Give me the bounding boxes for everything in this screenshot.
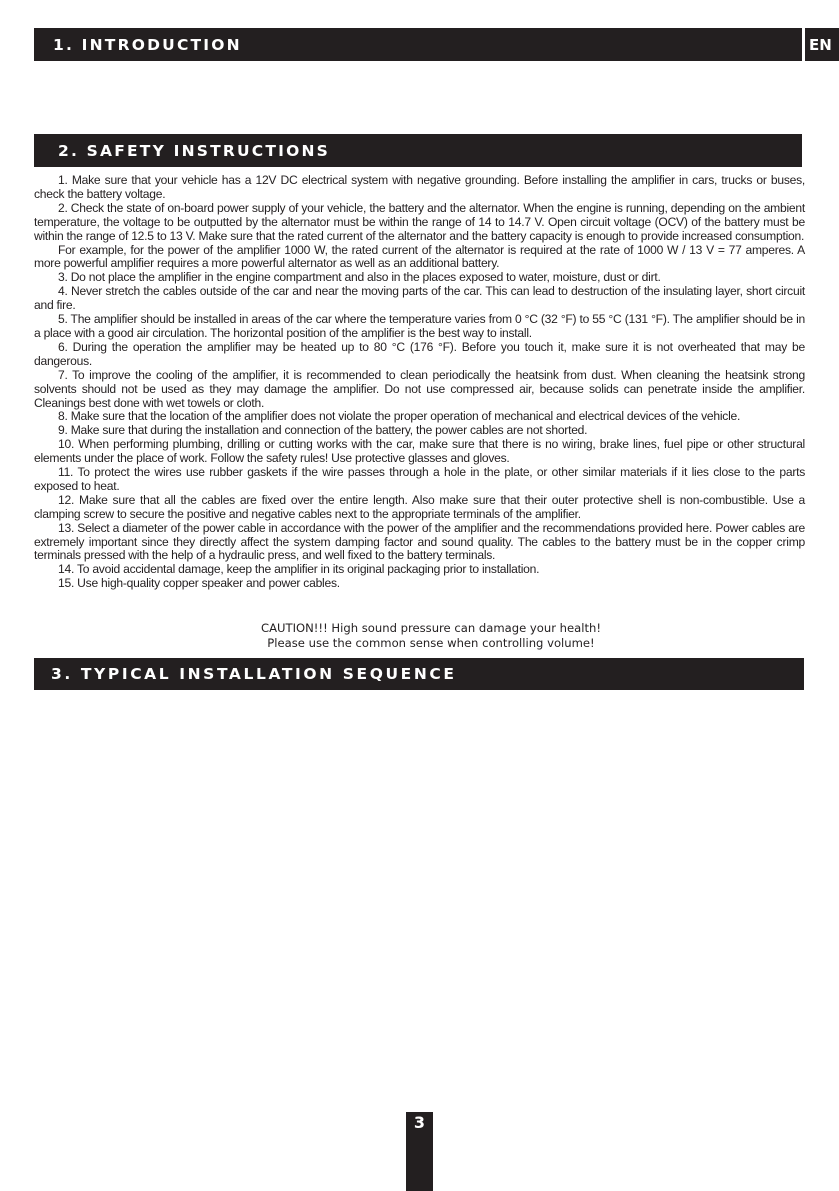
language-code: EN [809,36,832,54]
section-title: 1. INTRODUCTION [53,36,242,54]
safety-item-7: 7. To improve the cooling of the amplifi… [34,369,805,411]
safety-item-5: 5. The amplifier should be installed in … [34,313,805,341]
safety-item-11: 11. To protect the wires use rubber gask… [34,466,805,494]
section-header-introduction: 1. INTRODUCTION [34,28,802,61]
page-number: 3 [406,1113,433,1132]
section-header-installation-sequence: 3. TYPICAL INSTALLATION SEQUENCE [34,658,804,690]
safety-item-3: 3. Do not place the amplifier in the eng… [34,271,805,285]
safety-item-9: 9. Make sure that during the installatio… [34,424,805,438]
safety-item-4: 4. Never stretch the cables outside of t… [34,285,805,313]
safety-item-2-example: For example, for the power of the amplif… [34,244,805,272]
section-title: 2. SAFETY INSTRUCTIONS [58,142,330,160]
safety-instructions-body: 1. Make sure that your vehicle has a 12V… [34,174,805,591]
page-number-tab: 3 [406,1112,433,1191]
safety-item-15: 15. Use high-quality copper speaker and … [34,577,805,591]
safety-item-6: 6. During the operation the amplifier ma… [34,341,805,369]
safety-item-12: 12. Make sure that all the cables are fi… [34,494,805,522]
caution-line-2: Please use the common sense when control… [200,636,662,651]
caution-notice: CAUTION!!! High sound pressure can damag… [200,621,662,650]
safety-item-8: 8. Make sure that the location of the am… [34,410,805,424]
caution-line-1: CAUTION!!! High sound pressure can damag… [200,621,662,636]
section-header-safety-instructions: 2. SAFETY INSTRUCTIONS [34,134,802,167]
section-title: 3. TYPICAL INSTALLATION SEQUENCE [51,665,457,683]
safety-item-13: 13. Select a diameter of the power cable… [34,522,805,564]
language-tab: EN [805,28,839,61]
safety-item-10: 10. When performing plumbing, drilling o… [34,438,805,466]
safety-item-2: 2. Check the state of on-board power sup… [34,202,805,244]
safety-item-14: 14. To avoid accidental damage, keep the… [34,563,805,577]
safety-item-1: 1. Make sure that your vehicle has a 12V… [34,174,805,202]
